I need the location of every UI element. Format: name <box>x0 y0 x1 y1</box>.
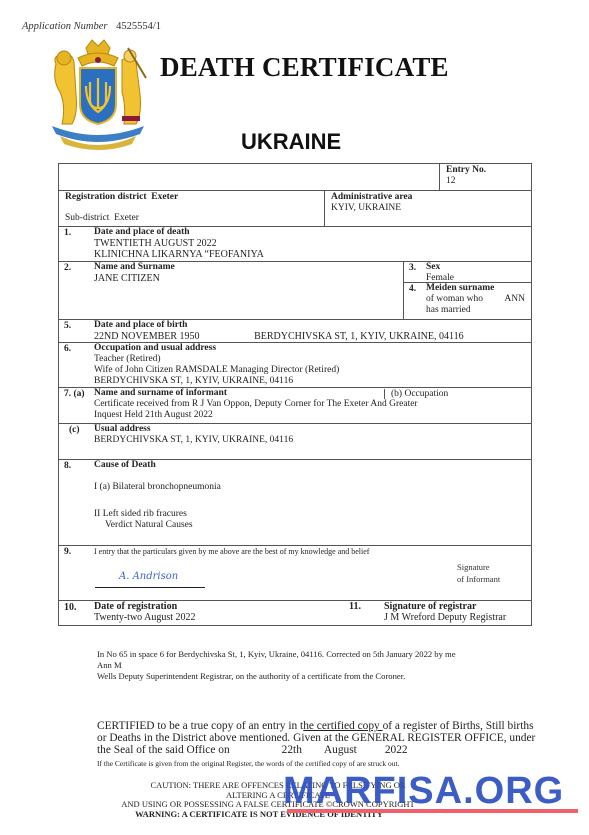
certified-year: 2022 <box>385 744 408 756</box>
ukraine-coat-of-arms-icon <box>42 34 154 152</box>
entry-number-cell: Entry No. 12 <box>439 164 531 190</box>
registration-district-label: Registration district <box>65 192 147 202</box>
field-number: 9. <box>59 546 94 600</box>
field-number: 2. <box>59 262 94 319</box>
field-label: Signature of registrar <box>384 601 531 612</box>
death-date: TWENTIETH AUGUST 2022 <box>94 238 531 249</box>
inquest-details: Inquest Held 21th August 2022 <box>94 410 531 421</box>
deceased-name: JANE CITIZEN <box>94 273 403 284</box>
signature-label: Signature of Informant <box>457 561 500 585</box>
field-number: 7. (a) <box>59 388 94 423</box>
field-sublabel: has married <box>426 305 525 316</box>
field-informant: 7. (a) Name and surname of informant (b)… <box>59 387 531 423</box>
field-label: Sex <box>426 262 531 273</box>
sub-district-label: Sub-district <box>65 213 109 223</box>
certified-statement: CERTIFIED to be a true copy of an entry … <box>97 720 537 756</box>
sub-district: Sub-district Exeter <box>65 213 139 224</box>
field-declaration: 9. I entry that the particulars given by… <box>59 545 531 600</box>
field-cause-of-death: 8. Cause of Death I (a) Bilateral bronch… <box>59 459 531 545</box>
sub-district-value: Exeter <box>114 213 139 223</box>
maiden-surname-value: ANN <box>504 294 525 305</box>
field-maiden-surname: 4. Meiden surname of woman who ANN has m… <box>404 283 531 319</box>
document-title: DEATH CERTIFICATE <box>160 52 449 83</box>
field-label: Date of registration <box>94 601 349 612</box>
declaration-text: I entry that the particulars given by me… <box>94 546 531 557</box>
field-label: Name and Surname <box>94 262 403 273</box>
field-number: 10. <box>59 601 94 625</box>
application-number-value: 4525554/1 <box>116 21 161 32</box>
application-number-label: Application Number <box>22 21 107 32</box>
application-number: Application Number 4525554/1 <box>22 21 161 32</box>
field-occupation-address: 6. Occupation and usual address Teacher … <box>59 342 531 387</box>
certified-month: August <box>324 744 357 756</box>
informant-occupation-label: (b) Occupation <box>384 389 448 399</box>
birth-date: 22ND NOVEMBER 1950 <box>94 331 200 342</box>
field-date-place-death: 1. Date and place of death TWENTIETH AUG… <box>59 226 531 261</box>
entry-row: Entry No. 12 <box>59 164 531 190</box>
verdict: Verdict Natural Causes <box>94 520 531 531</box>
field-name-sex-maiden: 2. Name and Surname JANE CITIZEN 3. Sex … <box>59 261 531 319</box>
informant-signature: A. Andrison <box>95 571 205 588</box>
registrar-signature: J M Wreford Deputy Registrar <box>384 612 531 623</box>
cause-secondary: II Left sided rib fracures <box>94 509 531 520</box>
birth-place: BERDYCHIVSKA ST, 1, KYIV, UKRAINE, 04116 <box>254 331 464 342</box>
certificate-form: Entry No. 12 Registration district Exete… <box>58 163 532 626</box>
field-date-place-birth: 5. Date and place of birth 22ND NOVEMBER… <box>59 319 531 342</box>
watermark: MARFISA.ORG <box>283 770 564 813</box>
entry-number-value: 12 <box>446 176 525 187</box>
usual-address: BERDYCHIVSKA ST, 1, KYIV, UKRAINE, 04116 <box>94 376 531 387</box>
field-sublabel: of woman who <box>426 294 483 305</box>
field-number: 11. <box>349 601 384 625</box>
field-number: 3. <box>404 262 426 282</box>
field-number: 8. <box>59 460 94 545</box>
field-label: Occupation and usual address <box>94 343 531 354</box>
struck-out-note: If the Certificate is given from the ori… <box>97 759 400 768</box>
field-label: Name and surname of informant <box>94 388 531 399</box>
correction-note: In No 65 in space 6 for Berdychivska St,… <box>97 649 537 682</box>
field-number: 5. <box>59 320 94 342</box>
certified-day: 22th <box>282 744 302 756</box>
field-informant-address: (c) Usual address BERDYCHIVSKA ST, 1, KY… <box>59 423 531 459</box>
informant-address: BERDYCHIVSKA ST, 1, KYIV, UKRAINE, 04116 <box>94 435 531 446</box>
field-label: Date and place of birth <box>94 320 531 331</box>
field-label: Date and place of death <box>94 227 531 238</box>
field-sex: 3. Sex Female <box>404 262 531 283</box>
registration-district-value: Exeter <box>151 192 178 202</box>
field-label: Cause of Death <box>94 460 531 471</box>
field-number: 6. <box>59 343 94 387</box>
administrative-area-label: Administrative area <box>331 192 525 203</box>
watermark-underline <box>287 809 578 813</box>
entry-number-label: Entry No. <box>446 165 525 176</box>
administrative-area-value: KYIV, UKRAINE <box>331 203 525 214</box>
registration-row: Registration district Exeter Sub-distric… <box>59 190 531 226</box>
field-label: Meiden surname <box>426 283 525 294</box>
certified-copy-underlined: he certified copy <box>303 720 382 732</box>
field-number: 1. <box>59 227 94 261</box>
spouse-info: Wife of John Citizen RAMSDALE Managing D… <box>94 365 531 376</box>
field-number: 4. <box>404 283 426 319</box>
administrative-area-cell: Administrative area KYIV, UKRAINE <box>324 191 531 226</box>
registration-district-cell: Registration district Exeter Sub-distric… <box>59 191 324 226</box>
occupation: Teacher (Retired) <box>94 354 531 365</box>
death-place: KLINICHNA LIKARNYA “FEOFANIYA <box>94 249 531 260</box>
field-label: Usual address <box>94 424 531 435</box>
cause-primary: I (a) Bilateral bronchopneumonia <box>94 482 531 493</box>
signature-text: A. Andrison <box>119 571 178 582</box>
document-country: UKRAINE <box>241 129 341 155</box>
field-registration: 10. Date of registration Twenty-two Augu… <box>59 600 531 625</box>
field-number: (c) <box>59 424 94 459</box>
informant-details: Certificate received from R J Van Oppon,… <box>94 399 531 410</box>
registration-date: Twenty-two August 2022 <box>94 612 349 623</box>
